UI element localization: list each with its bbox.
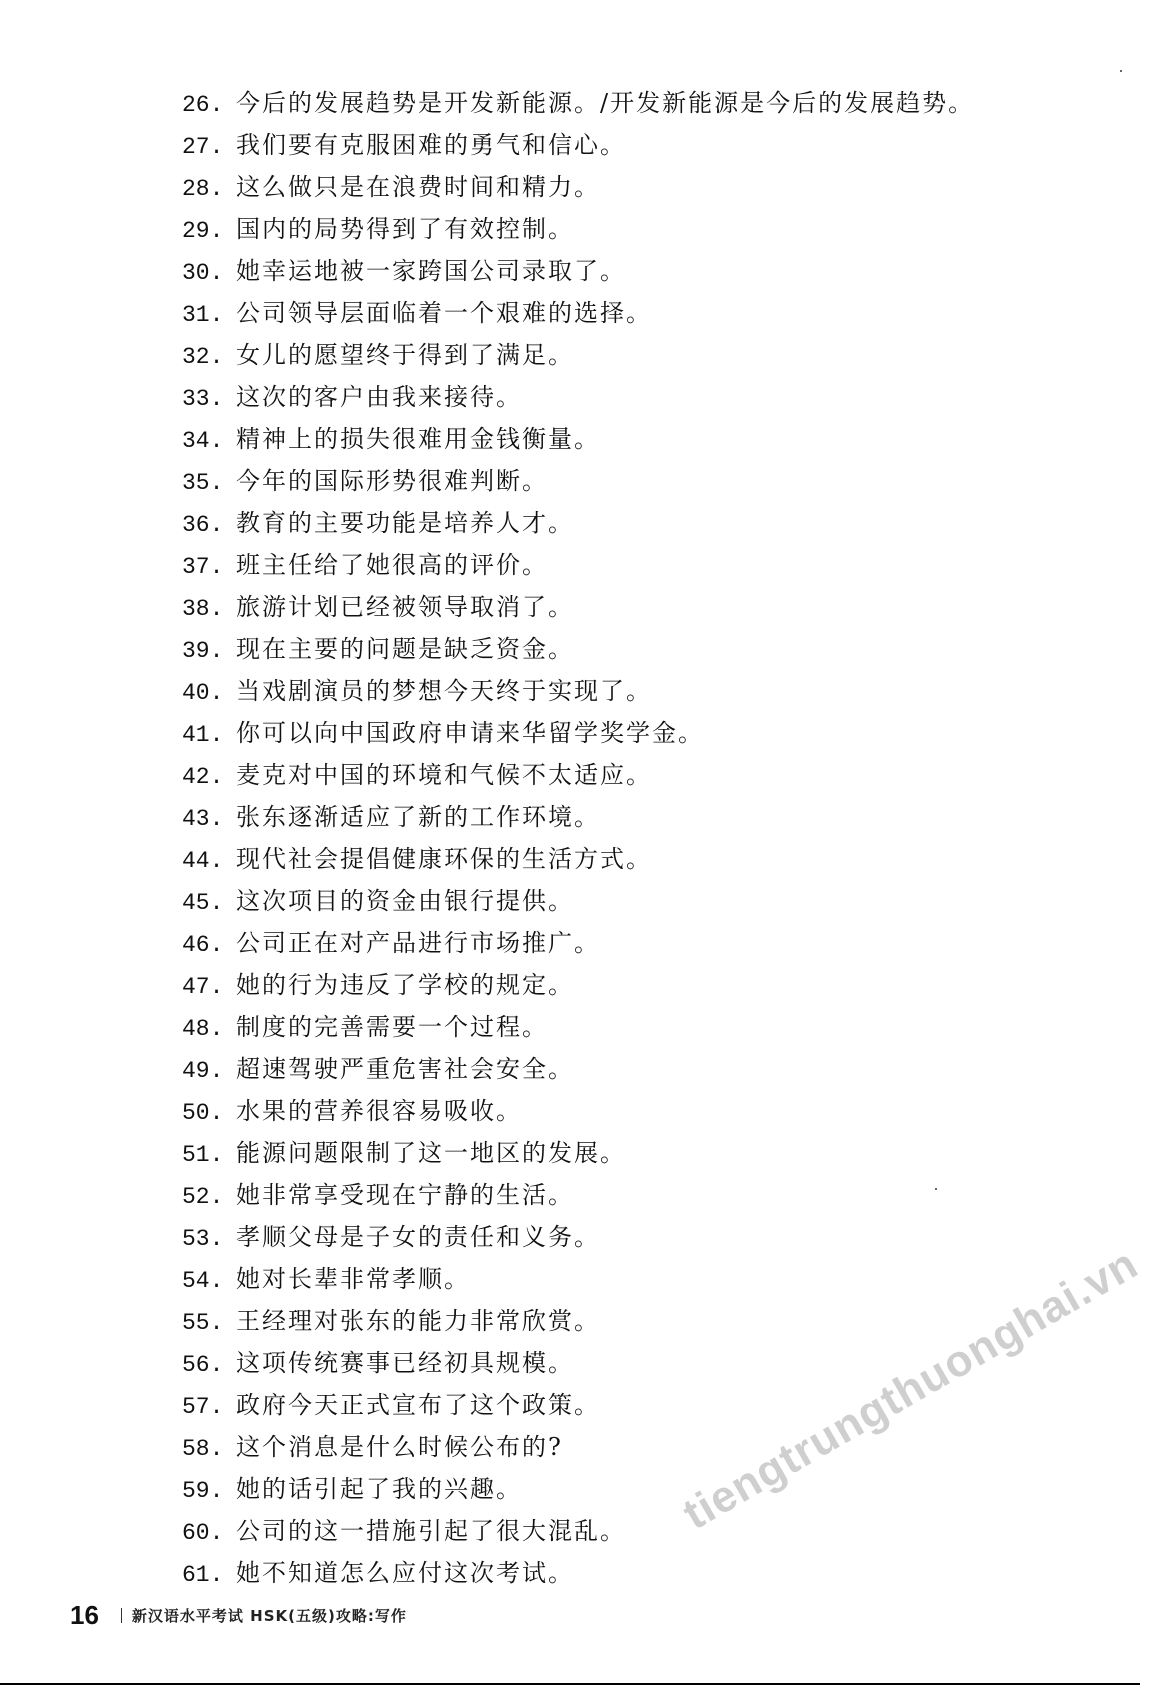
sentence-number: 41. (182, 714, 236, 756)
sentence-text: 这次的客户由我来接待。 (236, 376, 522, 418)
sentence-number: 47. (182, 966, 236, 1008)
sentence-item: 46.公司正在对产品进行市场推广。 (182, 922, 974, 964)
sentence-item: 60.公司的这一措施引起了很大混乱。 (182, 1510, 974, 1552)
sentence-item: 28.这么做只是在浪费时间和精力。 (182, 166, 974, 208)
sentence-text: 制度的完善需要一个过程。 (236, 1006, 548, 1048)
sentence-item: 43.张东逐渐适应了新的工作环境。 (182, 796, 974, 838)
sentence-text: 今年的国际形势很难判断。 (236, 460, 548, 502)
answer-sentence-list: 26.今后的发展趋势是开发新能源。/开发新能源是今后的发展趋势。 27.我们要有… (182, 82, 974, 1594)
sentence-item: 41.你可以向中国政府申请来华留学奖学金。 (182, 712, 974, 754)
sentence-text: 现在主要的问题是缺乏资金。 (236, 628, 574, 670)
sentence-item: 48.制度的完善需要一个过程。 (182, 1006, 974, 1048)
sentence-number: 35. (182, 462, 236, 504)
sentence-item: 49.超速驾驶严重危害社会安全。 (182, 1048, 974, 1090)
sentence-number: 33. (182, 378, 236, 420)
sentence-item: 59.她的话引起了我的兴趣。 (182, 1468, 974, 1510)
running-book-title: 新汉语水平考试 HSK(五级)攻略:写作 (132, 1605, 407, 1626)
sentence-number: 39. (182, 630, 236, 672)
sentence-text: 她幸运地被一家跨国公司录取了。 (236, 250, 626, 292)
sentence-number: 54. (182, 1260, 236, 1302)
sentence-number: 52. (182, 1176, 236, 1218)
sentence-number: 27. (182, 126, 236, 168)
sentence-number: 40. (182, 672, 236, 714)
sentence-text: 超速驾驶严重危害社会安全。 (236, 1048, 574, 1090)
sentence-number: 59. (182, 1470, 236, 1512)
book-page: 26.今后的发展趋势是开发新能源。/开发新能源是今后的发展趋势。 27.我们要有… (0, 0, 1155, 1685)
sentence-text: 她对长辈非常孝顺。 (236, 1258, 470, 1300)
sentence-item: 44.现代社会提倡健康环保的生活方式。 (182, 838, 974, 880)
sentence-number: 29. (182, 210, 236, 252)
sentence-item: 45.这次项目的资金由银行提供。 (182, 880, 974, 922)
sentence-item: 36.教育的主要功能是培养人才。 (182, 502, 974, 544)
sentence-item: 37.班主任给了她很高的评价。 (182, 544, 974, 586)
page-number: 16 (70, 1600, 99, 1631)
sentence-number: 34. (182, 420, 236, 462)
footer-divider (121, 1608, 122, 1623)
sentence-item: 33.这次的客户由我来接待。 (182, 376, 974, 418)
sentence-text: 王经理对张东的能力非常欣赏。 (236, 1300, 600, 1342)
sentence-number: 49. (182, 1050, 236, 1092)
sentence-number: 44. (182, 840, 236, 882)
sentence-number: 43. (182, 798, 236, 840)
sentence-number: 48. (182, 1008, 236, 1050)
sentence-number: 26. (182, 84, 236, 126)
sentence-text: 她的话引起了我的兴趣。 (236, 1468, 522, 1510)
sentence-item: 47.她的行为违反了学校的规定。 (182, 964, 974, 1006)
sentence-item: 29.国内的局势得到了有效控制。 (182, 208, 974, 250)
sentence-item: 55.王经理对张东的能力非常欣赏。 (182, 1300, 974, 1342)
sentence-item: 26.今后的发展趋势是开发新能源。/开发新能源是今后的发展趋势。 (182, 82, 974, 124)
sentence-text: 教育的主要功能是培养人才。 (236, 502, 574, 544)
sentence-text: 当戏剧演员的梦想今天终于实现了。 (236, 670, 652, 712)
sentence-text: 政府今天正式宣布了这个政策。 (236, 1384, 600, 1426)
sentence-text: 她非常享受现在宁静的生活。 (236, 1174, 574, 1216)
sentence-text: 能源问题限制了这一地区的发展。 (236, 1132, 626, 1174)
sentence-text: 班主任给了她很高的评价。 (236, 544, 548, 586)
sentence-number: 58. (182, 1428, 236, 1470)
sentence-item: 39.现在主要的问题是缺乏资金。 (182, 628, 974, 670)
sentence-text: 她不知道怎么应付这次考试。 (236, 1552, 574, 1594)
sentence-text: 张东逐渐适应了新的工作环境。 (236, 796, 600, 838)
scan-speck (935, 1188, 937, 1190)
sentence-number: 32. (182, 336, 236, 378)
sentence-number: 36. (182, 504, 236, 546)
sentence-text: 旅游计划已经被领导取消了。 (236, 586, 574, 628)
sentence-item: 42.麦克对中国的环境和气候不太适应。 (182, 754, 974, 796)
sentence-number: 60. (182, 1512, 236, 1554)
sentence-number: 37. (182, 546, 236, 588)
sentence-text: 孝顺父母是子女的责任和义务。 (236, 1216, 600, 1258)
sentence-number: 31. (182, 294, 236, 336)
sentence-text: 今后的发展趋势是开发新能源。/开发新能源是今后的发展趋势。 (236, 82, 974, 124)
sentence-item: 61.她不知道怎么应付这次考试。 (182, 1552, 974, 1594)
sentence-number: 51. (182, 1134, 236, 1176)
page-footer: 16 新汉语水平考试 HSK(五级)攻略:写作 (70, 1598, 407, 1632)
sentence-text: 这么做只是在浪费时间和精力。 (236, 166, 600, 208)
sentence-number: 61. (182, 1554, 236, 1596)
sentence-number: 45. (182, 882, 236, 924)
sentence-item: 54.她对长辈非常孝顺。 (182, 1258, 974, 1300)
sentence-text: 我们要有克服困难的勇气和信心。 (236, 124, 626, 166)
sentence-item: 56.这项传统赛事已经初具规模。 (182, 1342, 974, 1384)
sentence-item: 52.她非常享受现在宁静的生活。 (182, 1174, 974, 1216)
sentence-text: 公司领导层面临着一个艰难的选择。 (236, 292, 652, 334)
sentence-text: 女儿的愿望终于得到了满足。 (236, 334, 574, 376)
sentence-item: 31.公司领导层面临着一个艰难的选择。 (182, 292, 974, 334)
sentence-text: 这次项目的资金由银行提供。 (236, 880, 574, 922)
sentence-text: 水果的营养很容易吸收。 (236, 1090, 522, 1132)
sentence-number: 56. (182, 1344, 236, 1386)
sentence-number: 57. (182, 1386, 236, 1428)
sentence-item: 38.旅游计划已经被领导取消了。 (182, 586, 974, 628)
sentence-item: 51.能源问题限制了这一地区的发展。 (182, 1132, 974, 1174)
sentence-item: 40.当戏剧演员的梦想今天终于实现了。 (182, 670, 974, 712)
sentence-text: 她的行为违反了学校的规定。 (236, 964, 574, 1006)
sentence-number: 28. (182, 168, 236, 210)
sentence-number: 55. (182, 1302, 236, 1344)
sentence-item: 35.今年的国际形势很难判断。 (182, 460, 974, 502)
sentence-number: 42. (182, 756, 236, 798)
sentence-number: 50. (182, 1092, 236, 1134)
sentence-text: 精神上的损失很难用金钱衡量。 (236, 418, 600, 460)
sentence-text: 麦克对中国的环境和气候不太适应。 (236, 754, 652, 796)
sentence-number: 46. (182, 924, 236, 966)
sentence-number: 38. (182, 588, 236, 630)
scan-speck (1120, 70, 1122, 72)
sentence-item: 27.我们要有克服困难的勇气和信心。 (182, 124, 974, 166)
sentence-text: 公司的这一措施引起了很大混乱。 (236, 1510, 626, 1552)
sentence-number: 53. (182, 1218, 236, 1260)
sentence-text: 国内的局势得到了有效控制。 (236, 208, 574, 250)
sentence-number: 30. (182, 252, 236, 294)
sentence-item: 34.精神上的损失很难用金钱衡量。 (182, 418, 974, 460)
sentence-item: 32.女儿的愿望终于得到了满足。 (182, 334, 974, 376)
sentence-text: 现代社会提倡健康环保的生活方式。 (236, 838, 652, 880)
sentence-text: 这个消息是什么时候公布的? (236, 1426, 563, 1468)
sentence-item: 30.她幸运地被一家跨国公司录取了。 (182, 250, 974, 292)
sentence-text: 你可以向中国政府申请来华留学奖学金。 (236, 712, 704, 754)
sentence-text: 这项传统赛事已经初具规模。 (236, 1342, 574, 1384)
sentence-text: 公司正在对产品进行市场推广。 (236, 922, 600, 964)
sentence-item: 53.孝顺父母是子女的责任和义务。 (182, 1216, 974, 1258)
sentence-item: 50.水果的营养很容易吸收。 (182, 1090, 974, 1132)
